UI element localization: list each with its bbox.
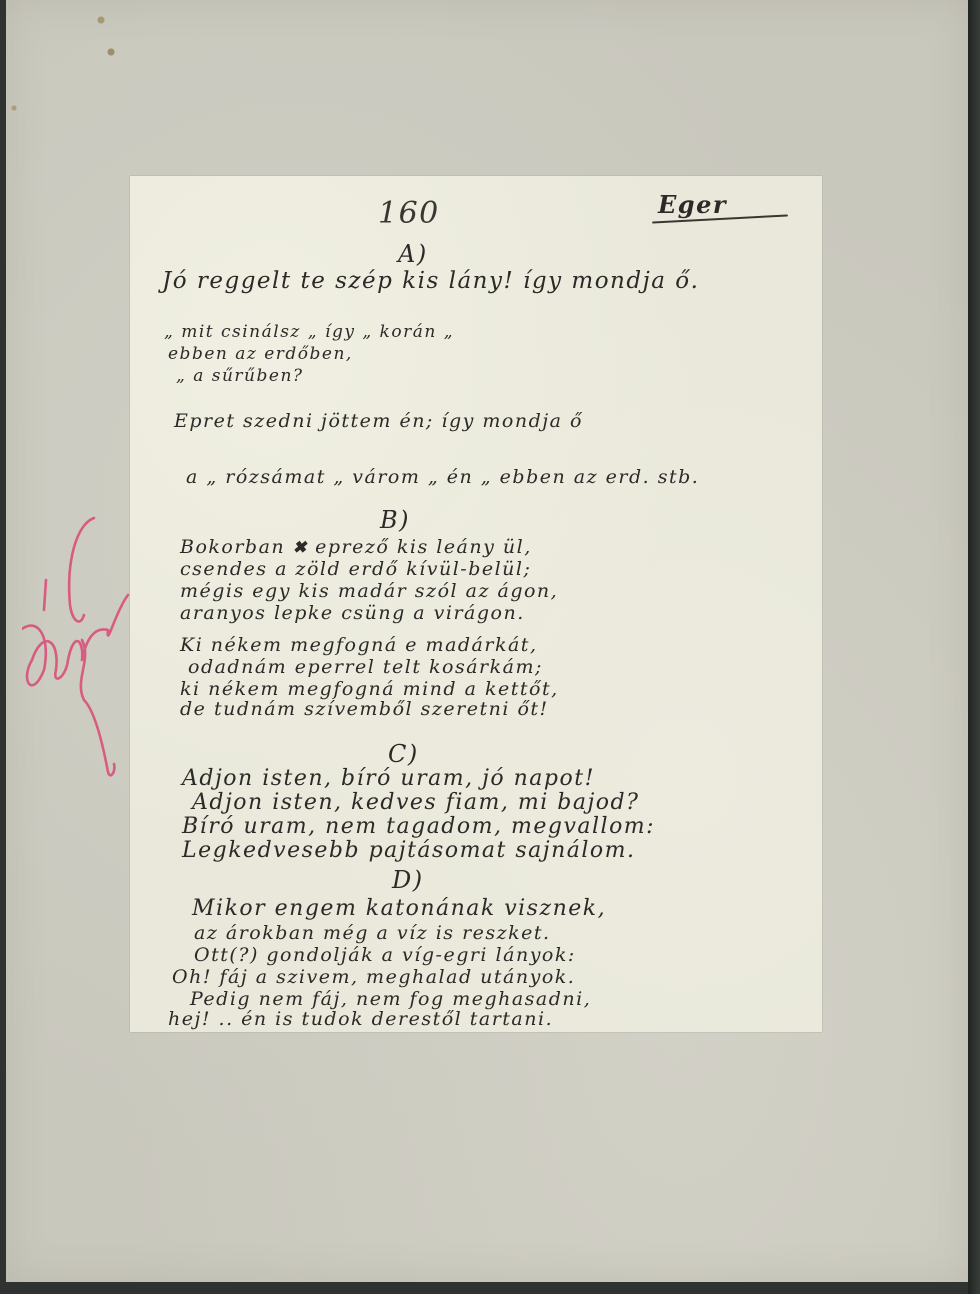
line-d2: az árokban még a víz is reszket. bbox=[194, 922, 551, 944]
line-b5: Ki nékem megfogná e madárkát, bbox=[180, 634, 537, 656]
line-b4: aranyos lepke csüng a virágon. bbox=[180, 602, 525, 624]
line-d5: Pedig nem fáj, nem fog meghasadni, bbox=[190, 988, 591, 1010]
pencil-margin-annotation bbox=[22, 510, 142, 780]
line-d1: Mikor engem katonának visznek, bbox=[192, 896, 606, 921]
line-a4: „ a sűrűben? bbox=[176, 366, 304, 386]
scanner-edge bbox=[968, 0, 980, 1294]
line-a3: ebben az erdőben, bbox=[168, 344, 353, 364]
line-a5: Epret szedni jöttem én; így mondja ő bbox=[174, 410, 583, 432]
line-c2: Adjon isten, kedves fiam, mi bajod? bbox=[192, 790, 639, 815]
line-b6: odadnám eperrel telt kosárkám; bbox=[188, 656, 543, 678]
line-a2: „ mit csinálsz „ így „ korán „ bbox=[164, 322, 454, 342]
line-b8: de tudnám szívemből szeretni őt! bbox=[180, 698, 549, 720]
section-label-a: A) bbox=[398, 240, 428, 268]
line-b3: mégis egy kis madár szól az ágon, bbox=[180, 580, 558, 602]
line-b2: csendes a zöld erdő kívül-belül; bbox=[180, 558, 531, 580]
place-name: Eger bbox=[658, 190, 727, 219]
section-label-b: B) bbox=[380, 506, 410, 534]
page-number: 160 bbox=[378, 196, 440, 231]
line-c4: Legkedvesebb pajtásomat sajnálom. bbox=[182, 838, 636, 863]
line-a6: a „ rózsámat „ várom „ én „ ebben az erd… bbox=[186, 466, 699, 488]
line-d4: Oh! fáj a szivem, meghalad utányok. bbox=[172, 966, 575, 988]
line-b1: Bokorban 🞮 eprező kis leány ül, bbox=[180, 536, 532, 558]
manuscript-sheet: 160 Eger A) Jó reggelt te szép kis lány!… bbox=[130, 176, 822, 1032]
line-a1: Jó reggelt te szép kis lány! így mondja … bbox=[162, 268, 699, 294]
line-d6: hej! .. én is tudok derestől tartani. bbox=[168, 1008, 553, 1030]
section-label-d: D) bbox=[392, 866, 424, 894]
line-d3: Ott(?) gondolják a víg-egri lányok: bbox=[194, 944, 576, 966]
line-b7: ki nékem megfogná mind a kettőt, bbox=[180, 678, 559, 700]
section-label-c: C) bbox=[388, 740, 419, 768]
line-c1: Adjon isten, bíró uram, jó napot! bbox=[182, 766, 595, 791]
line-c3: Bíró uram, nem tagadom, megvallom: bbox=[182, 814, 655, 839]
